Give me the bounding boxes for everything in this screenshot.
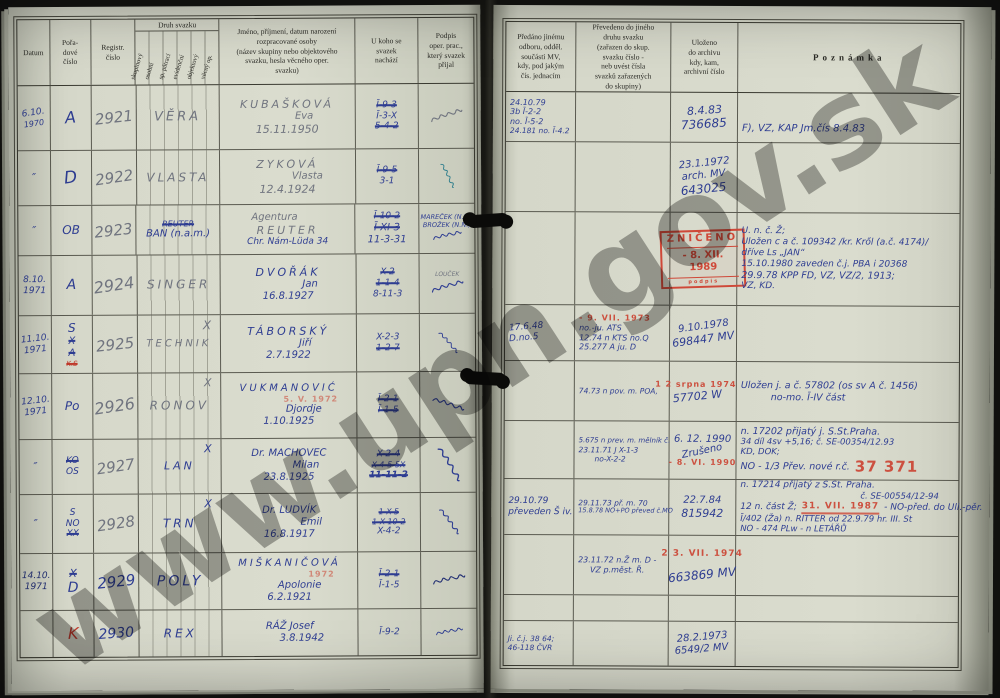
handwriting: VLASTA bbox=[146, 170, 209, 185]
handwriting: Ī-XI-3 bbox=[374, 222, 400, 234]
handwriting: BAN (n.a.m.) bbox=[146, 228, 210, 240]
handwriting: 663869 MV bbox=[667, 564, 736, 585]
cell-ukoho: 1-X-51-X-10-2X-4-2 bbox=[357, 493, 421, 551]
cell-poznamka: Uložen j. a č. 57802 (os sv A č. 1456)no… bbox=[737, 362, 959, 422]
handwriting: 23.11.72 n.Ž m. D - bbox=[578, 555, 656, 565]
handwriting: 736685 bbox=[681, 115, 728, 132]
handwriting: no-X-2-2 bbox=[594, 454, 625, 463]
handwriting: NO bbox=[66, 518, 80, 529]
cell-predano: Ji. č.j. 38 64;46-118 ČVR bbox=[504, 621, 574, 665]
handwriting: K bbox=[68, 624, 79, 643]
handwriting: Ī-9-5 bbox=[377, 165, 398, 176]
table-row: 14.10.1971XD2929POLYMIŠKANIČOVÁ1972Apolo… bbox=[20, 552, 476, 611]
cell-podpis bbox=[422, 609, 477, 655]
handwriting: 6.2.1921 bbox=[267, 591, 312, 603]
header-label: Podpis oper. prac., který svazek přijal bbox=[427, 31, 465, 70]
handwriting: no.-ju. ATS bbox=[579, 323, 622, 333]
handwriting: Eva bbox=[295, 111, 313, 123]
handwriting: TRN bbox=[163, 516, 197, 531]
cell-jmeno: Dr. MACHOVECMilan23.8.1925 bbox=[222, 438, 358, 493]
handwriting: D bbox=[63, 167, 78, 189]
handwriting: 16.8.1917 bbox=[264, 529, 315, 541]
cell-jmeno: ZYKOVÁVlasta12.4.1924 bbox=[220, 149, 356, 204]
handwriting: Ī-2-1 bbox=[378, 394, 399, 405]
handwriting: DVOŘÁK bbox=[255, 266, 320, 280]
handwriting: 8-11-3 bbox=[373, 289, 402, 300]
cell-predano bbox=[504, 421, 574, 478]
signature-squiggle bbox=[428, 105, 465, 128]
table-row: 11.10.1971SXAK.S2925TECHNIKXTÁBORSKÝJiří… bbox=[19, 314, 475, 374]
cell-reg: 2928 bbox=[93, 495, 138, 553]
binding-fastener bbox=[464, 371, 507, 386]
handwriting: 74.73 n pov. m. POA, bbox=[579, 386, 658, 395]
handwriting: Ī-1-5 bbox=[378, 405, 399, 416]
handwriting: POLY bbox=[157, 573, 204, 590]
cell-datum: 12.10.1971 bbox=[19, 374, 52, 439]
handwriting: 2929 bbox=[96, 571, 136, 593]
handwriting: 16.8.1927 bbox=[263, 291, 314, 303]
col-header-poznamka: Poznámka bbox=[738, 23, 960, 93]
cell-ulozeno: 6. 12. 1990Zrušeno- 8. VI. 1990 bbox=[669, 422, 736, 479]
cell-por: K bbox=[53, 611, 94, 657]
handwriting: KUBAŠKOVÁ bbox=[240, 97, 334, 111]
cell-predano bbox=[505, 361, 575, 420]
table-row: ″KOOS2927LANXDr. MACHOVECMilan23.8.1925X… bbox=[19, 438, 475, 495]
signature-squiggle bbox=[420, 437, 477, 492]
handwriting: TECHNIK bbox=[146, 338, 211, 350]
handwriting: A bbox=[68, 347, 75, 359]
handwriting: Ji. č.j. 38 64; bbox=[508, 634, 554, 643]
cell-prevedeno: 74.73 n pov. m. POA, bbox=[575, 361, 670, 420]
header-label: Převedeno do jiného druhu svazku (zařaze… bbox=[592, 23, 654, 92]
col-header-podpis: Podpis oper. prac., který svazek přijal bbox=[419, 18, 474, 83]
handwriting: X bbox=[68, 335, 75, 347]
date-stamp: 31. VII. 1987 bbox=[802, 502, 879, 515]
handwriting: REUTER bbox=[162, 219, 194, 229]
cell-por: SXAK.S bbox=[52, 316, 93, 373]
handwriting: X bbox=[204, 442, 212, 455]
handwriting: S bbox=[68, 321, 76, 335]
handwriting: 5-4-2 bbox=[375, 122, 399, 133]
stamp-line: podpis bbox=[668, 275, 740, 285]
handwriting: 1971 bbox=[23, 405, 47, 418]
cell-kryci: POLY bbox=[139, 553, 223, 609]
cell-jmeno: Dr. LUDVÍKEmil16.8.1917 bbox=[222, 493, 358, 552]
header-label: Uloženo do archivu kdy, kam, archivní čí… bbox=[684, 38, 725, 77]
handwriting: 3-1 bbox=[380, 176, 395, 187]
cell-podpis bbox=[421, 493, 476, 551]
handwriting: 22.7.84 bbox=[683, 495, 721, 507]
handwriting: 3b Ī-2-2 bbox=[510, 107, 541, 117]
cell-predano: 17.6.48D.no.5 bbox=[505, 305, 575, 360]
handwriting: RONOV bbox=[150, 398, 209, 413]
col-header-jmeno: Jméno, příjmení, datum narození rozpraco… bbox=[220, 18, 356, 84]
cell-ukoho: Ī-2-1Ī-1-5 bbox=[358, 552, 422, 608]
signature-squiggle bbox=[426, 384, 469, 425]
handwriting: 2923 bbox=[94, 219, 134, 241]
cell-jmeno: MIŠKANIČOVÁ1972Apolonie6.2.1921 bbox=[222, 552, 358, 609]
cell-datum: ″ bbox=[18, 206, 51, 255]
cell-jmeno: RÁŽ Josef3.8.1942 bbox=[223, 609, 359, 656]
cell-kryci: SINGER bbox=[137, 255, 221, 314]
header-label: Předáno jinému odboru, odděl. součásti M… bbox=[517, 32, 565, 81]
handwriting: 1-2-7 bbox=[376, 343, 400, 354]
header-label: Poznámka bbox=[813, 52, 886, 64]
binding-fastener bbox=[467, 213, 510, 229]
cell-datum: ″ bbox=[20, 495, 53, 553]
handwriting: OS bbox=[66, 467, 79, 478]
handwriting: KD, DOK; bbox=[741, 447, 780, 457]
cell-por: OB bbox=[51, 206, 92, 255]
handwriting: č. SE-00554/12-94 bbox=[860, 492, 939, 503]
cell-podpis bbox=[421, 438, 476, 492]
cell-poznamka: n. 17214 přijatý z S.St. Praha.č. SE-005… bbox=[736, 480, 958, 536]
handwriting: 15.8.78 NO+PO převed č.MO bbox=[578, 507, 673, 515]
cell-prevedeno bbox=[574, 595, 669, 620]
cell-kryci: REUTERBAN (n.a.m.) bbox=[137, 205, 221, 254]
handwriting: 2.7.1922 bbox=[266, 350, 311, 362]
col-header-ulozeno: Uloženo do archivu kdy, kam, archivní čí… bbox=[671, 23, 738, 92]
cell-podpis: LOUČEK bbox=[420, 254, 475, 313]
handwriting: A bbox=[67, 277, 77, 294]
col-header-druh-svazku: Druh svazku skupinový osobní sp. pátrací… bbox=[136, 19, 220, 84]
handwriting: 815942 bbox=[681, 507, 723, 520]
handwriting: 2924 bbox=[93, 273, 136, 298]
handwriting: U. n. č. Ž; bbox=[741, 226, 785, 237]
handwriting: 1-1-4 bbox=[376, 278, 400, 289]
cell-prevedeno: - 9. VII. 1973no.-ju. ATS12.74 n KTS no.… bbox=[575, 305, 670, 360]
cell-reg: 2926 bbox=[93, 374, 138, 439]
handwriting: 1971 bbox=[23, 343, 47, 356]
cell-kryci: VĚRA bbox=[136, 85, 220, 149]
cell-por: Po bbox=[52, 374, 93, 439]
handwriting: F), VZ, KAP Jm.čís 8.4.83 bbox=[742, 123, 865, 136]
handwriting: 29.10.79 bbox=[508, 496, 548, 507]
col-header-prevedeno: Převedeno do jiného druhu svazku (zařaze… bbox=[576, 22, 671, 91]
signature-squiggle bbox=[429, 324, 466, 362]
handwriting: 12.74 n KTS no.Q bbox=[579, 333, 649, 343]
handwriting: 12.4.1924 bbox=[259, 183, 315, 196]
handwriting: ″ bbox=[33, 460, 37, 473]
handwriting: 1971 bbox=[25, 582, 48, 593]
handwriting: Milan bbox=[293, 460, 320, 472]
handwriting: K.S bbox=[66, 359, 77, 367]
handwriting: VĚRA bbox=[154, 109, 201, 125]
cell-datum: ″ bbox=[19, 440, 52, 494]
cell-ulozeno: 8.4.83736685 bbox=[671, 93, 738, 142]
handwriting: 2928 bbox=[95, 512, 135, 535]
handwriting: OB bbox=[62, 223, 80, 237]
handwriting: Uložen j. a č. 57802 (os sv A č. 1456) bbox=[741, 380, 918, 392]
handwriting: 1970 bbox=[23, 117, 45, 129]
handwriting: Ī-1-5 bbox=[379, 580, 400, 591]
cell-reg: 2925 bbox=[93, 316, 138, 373]
cell-podpis bbox=[419, 84, 474, 148]
cell-datum: ″ bbox=[18, 151, 51, 205]
handwriting: Ī-9-2 bbox=[379, 627, 400, 638]
cell-ukoho: X-2-31-2-7 bbox=[356, 314, 420, 371]
handwriting: KO bbox=[66, 456, 79, 467]
cell-ukoho: Ī-2-1Ī-1-5 bbox=[357, 372, 421, 437]
col-header-u-koho: U koho se svazek nachází bbox=[355, 18, 419, 83]
handwriting: VUKMANOVIĆ bbox=[240, 382, 338, 395]
table-row: 23.1.1972arch. MV643025 bbox=[506, 142, 960, 214]
cell-prevedeno bbox=[576, 142, 671, 211]
cell-predano bbox=[504, 535, 574, 594]
handwriting: 15.11.1950 bbox=[256, 123, 319, 137]
cell-por: A bbox=[51, 256, 92, 315]
cell-ukoho: Ī-10-2Ī-XI-311-3-31 bbox=[356, 204, 420, 253]
handwriting: LAN bbox=[164, 460, 195, 473]
handwriting: Djordje bbox=[286, 404, 322, 416]
handwriting: X-2 bbox=[380, 268, 394, 279]
left-table: Datum Pořa- dové číslo Registr. číslo Dr… bbox=[16, 17, 477, 658]
cell-poznamka bbox=[736, 596, 958, 622]
handwriting: 2921 bbox=[93, 107, 133, 129]
cell-podpis: MAREČEK (N.N.)BROŽEK (N.N.) bbox=[419, 204, 474, 253]
handwriting: X-2-3 bbox=[376, 332, 399, 343]
cell-reg: 2921 bbox=[91, 86, 136, 150]
col-header-predano: Předáno jinému odboru, odděl. součásti M… bbox=[506, 22, 576, 91]
header-label: Jméno, příjmení, datum narození rozpraco… bbox=[236, 27, 337, 76]
table-row: 24.10.793b Ī-2-2no. Ī-5-224.181 no. Ī-4.… bbox=[506, 92, 960, 144]
handwriting: X-4-5 5X bbox=[372, 460, 406, 470]
handwriting: ″ bbox=[32, 224, 36, 237]
cell-ulozeno: 28.2.19736549/2 MV bbox=[669, 622, 736, 666]
handwriting: REUTER bbox=[257, 223, 319, 237]
table-row: 6.10.1970A2921VĚRAKUBAŠKOVÁEva15.11.1950… bbox=[18, 84, 474, 151]
cell-reg: 2929 bbox=[94, 554, 139, 610]
right-table: Předáno jinému odboru, odděl. součásti M… bbox=[503, 21, 962, 668]
date-stamp: - 9. VII. 1973 bbox=[579, 314, 651, 324]
signature-squiggle bbox=[429, 275, 466, 299]
handwriting: 2925 bbox=[95, 333, 135, 355]
cell-datum bbox=[20, 611, 53, 657]
handwriting: 23.11.71 J X-1-3 bbox=[579, 445, 639, 454]
handwriting: 24.181 no. Ī-4.2 bbox=[510, 126, 570, 135]
cell-prevedeno bbox=[576, 92, 671, 141]
table-row: Ji. č.j. 38 64;46-118 ČVR28.2.19736549/2… bbox=[504, 621, 958, 667]
cell-predano: 29.10.79převeden Š iv. bbox=[504, 479, 574, 534]
cell-ulozeno: ZNIČENO- 8. XII. 1989podpis bbox=[670, 213, 737, 305]
header-label: Pořa- dové číslo bbox=[62, 38, 78, 67]
handwriting: D.no.5 bbox=[509, 331, 539, 344]
cell-poznamka bbox=[737, 306, 959, 362]
handwriting: Ī-10-2 bbox=[374, 211, 400, 222]
table-row: 5.675 n prev. m. mělník č.23.11.71 J X-1… bbox=[504, 421, 958, 481]
handwriting: Dr. LUDVÍK bbox=[262, 505, 316, 517]
cell-predano bbox=[505, 212, 575, 304]
cell-reg: 2930 bbox=[94, 611, 139, 657]
signature-squiggle bbox=[430, 502, 467, 542]
cell-predano bbox=[504, 595, 574, 620]
date-stamp: 1972 bbox=[308, 570, 334, 580]
signature-squiggle bbox=[435, 624, 464, 640]
druh-svazku-title: Druh svazku bbox=[136, 19, 219, 31]
handwriting: no. Ī-5-2 bbox=[510, 117, 543, 127]
cell-por: SNOXX bbox=[53, 495, 94, 553]
handwriting: 8.10. bbox=[23, 275, 46, 286]
table-row: 29.10.79převeden Š iv.29.11.73 př. m. 70… bbox=[504, 479, 958, 537]
handwriting: Agentura bbox=[251, 211, 297, 223]
table-row: 23.11.72 n.Ž m. D -VZ p.měst. Ř.2 3. VII… bbox=[504, 535, 958, 597]
handwriting: 14.10. bbox=[22, 571, 51, 582]
handwriting: 3.8.1942 bbox=[280, 633, 325, 645]
handwriting: RÁŽ Josef bbox=[266, 621, 314, 633]
cell-por: KOOS bbox=[52, 440, 93, 494]
date-stamp: 37 371 bbox=[855, 458, 918, 476]
handwriting: X-4-2 bbox=[377, 526, 400, 537]
left-table-rows: 6.10.1970A2921VĚRAKUBAŠKOVÁEva15.11.1950… bbox=[18, 84, 477, 657]
zniceno-stamp: ZNIČENO- 8. XII. 1989podpis bbox=[660, 229, 747, 289]
cell-prevedeno: 23.11.72 n.Ž m. D -VZ p.měst. Ř. bbox=[574, 535, 669, 594]
signature-squiggle bbox=[429, 158, 465, 194]
cell-poznamka: n. 17202 přijatý j. S.St.Praha.34 díl 4s… bbox=[736, 422, 958, 480]
cell-ulozeno: 22.7.84815942 bbox=[669, 480, 736, 535]
date-stamp: 5. V. 1972 bbox=[283, 394, 338, 404]
cell-reg: 2922 bbox=[92, 151, 137, 205]
handwriting: 24.10.79 bbox=[510, 98, 546, 108]
table-row: ″D2922VLASTAZYKOVÁVlasta12.4.1924Ī-9-53-… bbox=[18, 149, 474, 206]
table-row: 12.10.1971Po2926RONOVXVUKMANOVIĆ5. V. 19… bbox=[19, 372, 475, 440]
handwriting: REX bbox=[164, 626, 197, 641]
handwriting: Ī-3-X bbox=[376, 111, 397, 122]
handwriting: D bbox=[68, 580, 79, 597]
handwriting: ″ bbox=[34, 517, 38, 530]
cell-ukoho: Ī-9-2 bbox=[358, 609, 422, 655]
cell-ulozeno: 23.1.1972arch. MV643025 bbox=[671, 143, 738, 212]
handwriting: VZ p.měst. Ř. bbox=[590, 565, 644, 575]
handwriting: 2930 bbox=[98, 624, 135, 643]
right-page: Předáno jinému odboru, odděl. součásti M… bbox=[491, 5, 992, 691]
col-header-registr: Registr. číslo bbox=[91, 20, 136, 85]
handwriting: Vlasta bbox=[292, 171, 323, 183]
cell-ulozeno: 1 2 srpna 197457702 W bbox=[670, 362, 737, 421]
handwriting: X bbox=[203, 318, 211, 332]
cell-predano bbox=[506, 142, 576, 211]
cell-kryci: RONOVX bbox=[138, 373, 222, 438]
header-label: Registr. číslo bbox=[101, 42, 124, 62]
scanned-registry-book: Datum Pořa- dové číslo Registr. číslo Dr… bbox=[0, 0, 1000, 698]
col-header-poradove: Pořa- dové číslo bbox=[50, 20, 91, 85]
cell-jmeno: DVOŘÁKJan16.8.1927 bbox=[221, 254, 357, 314]
cell-ukoho: Ī-9-53-1 bbox=[355, 149, 419, 203]
handwriting: 15.10.1980 zaveden č.j. PBA i 20368 bbox=[741, 259, 907, 271]
cell-jmeno: KUBAŠKOVÁEva15.11.1950 bbox=[220, 84, 356, 149]
handwriting: 34 díl 4sv +5,16; č. SE-00354/12.93 bbox=[741, 437, 895, 448]
cell-ukoho: X-21-1-48-11-3 bbox=[356, 254, 420, 313]
subcol-vecny-op: věcný op. bbox=[205, 31, 219, 84]
cell-por: D bbox=[51, 151, 92, 205]
cell-poznamka bbox=[736, 622, 958, 667]
cell-podpis bbox=[421, 552, 476, 608]
header-label: U koho se svazek nachází bbox=[371, 36, 402, 65]
header-label: Datum bbox=[23, 48, 43, 58]
right-table-header: Předáno jinému odboru, odděl. součásti M… bbox=[506, 22, 960, 94]
cell-ulozeno: 2 3. VII. 1974663869 MV bbox=[669, 536, 736, 595]
handwriting: n. 17202 přijatý j. S.St.Praha. bbox=[741, 426, 881, 438]
cell-kryci: VLASTA bbox=[136, 150, 220, 204]
handwriting: NO - 474 PLw - n LETÁŘŮ bbox=[740, 524, 846, 535]
cell-prevedeno: 29.11.73 př. m. 7015.8.78 NO+PO převed č… bbox=[574, 479, 669, 534]
table-row: ″OB2923REUTERBAN (n.a.m.)AgenturaREUTERC… bbox=[18, 204, 474, 256]
handwriting: XX bbox=[67, 529, 79, 540]
table-row: ZNIČENO- 8. XII. 1989podpisU. n. č. Ž;Ul… bbox=[505, 212, 959, 307]
handwriting: 11-3-31 bbox=[368, 234, 407, 246]
handwriting: no-mo. Ī-IV část bbox=[771, 392, 846, 404]
date-stamp: - 8. VI. 1990 bbox=[669, 457, 737, 467]
cell-predano: 24.10.793b Ī-2-2no. Ī-5-224.181 no. Ī-4.… bbox=[506, 92, 576, 141]
note-line: NO - 1/3 Přev. nové r.č.37 371 bbox=[740, 457, 918, 476]
left-page: Datum Pořa- dové číslo Registr. číslo Dr… bbox=[8, 5, 484, 691]
handwriting: Jiří bbox=[299, 338, 312, 350]
cell-jmeno: TÁBORSKÝJiří2.7.1922 bbox=[221, 314, 357, 372]
handwriting: 1.10.1925 bbox=[263, 416, 314, 428]
cell-poznamka bbox=[736, 536, 958, 596]
cell-datum: 8.10.1971 bbox=[19, 256, 52, 315]
handwriting: NO - 1/3 Přev. nové r.č. bbox=[740, 461, 849, 473]
handwriting: 1-X-5 bbox=[378, 507, 398, 517]
handwriting: dříve Ls „JAN“ bbox=[741, 248, 804, 259]
cell-kryci: REX bbox=[139, 610, 223, 656]
handwriting: 643025 bbox=[680, 180, 727, 199]
cell-por: XD bbox=[53, 554, 94, 610]
handwriting: 1-X-10-2 bbox=[372, 517, 406, 527]
signature-squiggle bbox=[431, 570, 467, 590]
cell-por: A bbox=[51, 86, 92, 150]
cell-podpis bbox=[419, 149, 474, 203]
signature-squiggle bbox=[431, 228, 462, 245]
table-row bbox=[504, 595, 958, 623]
handwriting: 46-118 ČVR bbox=[508, 643, 553, 652]
cell-poznamka: U. n. č. Ž;Uložen c a č. 109342 /kr. Krő… bbox=[737, 213, 959, 306]
cell-datum: 14.10.1971 bbox=[20, 554, 53, 610]
handwriting: 11-11-2 bbox=[369, 470, 408, 481]
handwriting: Ī-9-3 bbox=[376, 100, 397, 111]
handwriting: TÁBORSKÝ bbox=[247, 324, 329, 338]
table-row: 74.73 n pov. m. POA,1 2 srpna 197457702 … bbox=[505, 361, 959, 423]
table-row: K2930REXRÁŽ Josef3.8.1942Ī-9-2 bbox=[20, 609, 476, 657]
handwriting: X-2-4 bbox=[377, 450, 400, 461]
cell-kryci: LANX bbox=[138, 439, 222, 493]
handwriting: ZYKOVÁ bbox=[256, 157, 318, 171]
cell-reg: 2924 bbox=[92, 256, 137, 315]
cell-poznamka: F), VZ, KAP Jm.čís 8.4.83 bbox=[738, 93, 960, 143]
handwriting: X bbox=[204, 497, 212, 510]
handwriting: Chr. Nám-Lüda 34 bbox=[247, 236, 328, 247]
handwriting: 2926 bbox=[94, 394, 137, 419]
handwriting: 25.277 A ju. D bbox=[579, 342, 636, 352]
cell-prevedeno: 5.675 n prev. m. mělník č.23.11.71 J X-1… bbox=[574, 421, 669, 478]
cell-ukoho: X-2-4X-4-5 5X11-11-2 bbox=[357, 438, 421, 492]
cell-podpis bbox=[420, 314, 475, 371]
handwriting: 2922 bbox=[94, 166, 134, 189]
handwriting: X bbox=[204, 376, 212, 389]
handwriting: Emil bbox=[300, 517, 322, 529]
handwriting: Jan bbox=[302, 279, 317, 291]
stamp-line: - 8. XII. 1989 bbox=[667, 246, 739, 277]
date-stamp: 1 2 srpna 1974 bbox=[655, 380, 736, 390]
cell-reg: 2927 bbox=[93, 440, 138, 494]
handwriting: Dr. MACHOVEC bbox=[251, 448, 326, 460]
left-table-header: Datum Pořa- dové číslo Registr. číslo Dr… bbox=[17, 18, 473, 86]
table-row: 17.6.48D.no.5- 9. VII. 1973no.-ju. ATS12… bbox=[505, 305, 959, 363]
handwriting: Apolonie bbox=[278, 579, 322, 591]
cell-datum: 11.10.1971 bbox=[19, 316, 52, 373]
cell-jmeno: AgenturaREUTERChr. Nám-Lüda 34 bbox=[220, 204, 356, 254]
handwriting: - NO-před. do Uli.-pěr. bbox=[884, 503, 982, 514]
handwriting: 57702 W bbox=[673, 387, 723, 405]
